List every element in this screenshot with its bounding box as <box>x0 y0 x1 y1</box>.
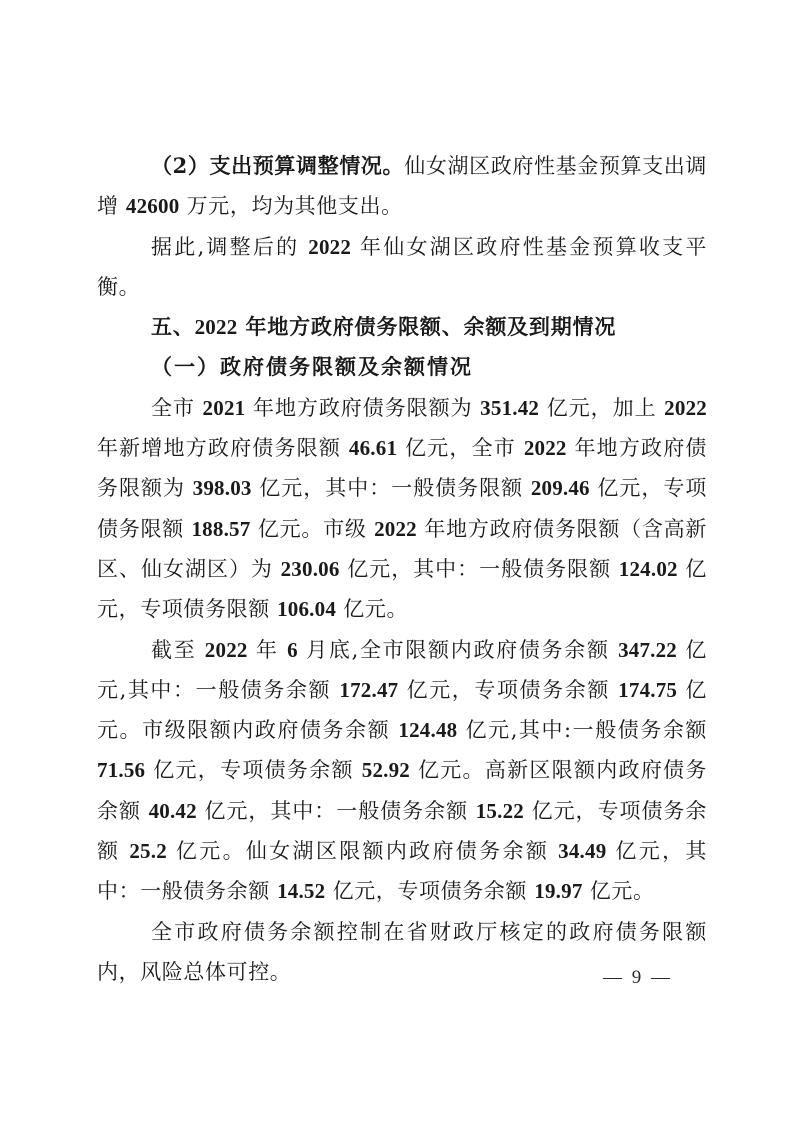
text-segment: 亿元，专项债务余额 <box>398 678 618 702</box>
numeric-value: 2021 <box>203 396 246 420</box>
text-segment: 全市 <box>151 396 203 420</box>
numeric-value: 2022 <box>308 235 351 259</box>
text-segment: 五、 <box>151 315 195 339</box>
text-segment: 亿元。 <box>336 597 408 621</box>
numeric-value: 124.48 <box>398 718 457 742</box>
numeric-value: 398.03 <box>193 476 252 500</box>
text-segment: 月底,全市限额内政府债务余额 <box>298 638 618 662</box>
numeric-value: 188.57 <box>191 517 250 541</box>
numeric-value: 347.22 <box>618 638 677 662</box>
numeric-value: 2022 <box>524 436 567 460</box>
text-segment: 亿元，专项债务余额 <box>145 758 362 782</box>
text-segment: 亿元。仙女湖区限额内政府债务余额 <box>167 839 558 863</box>
text-segment: 亿元，全市 <box>397 436 524 460</box>
page-footer: — 9 — <box>0 967 793 997</box>
text-segment: 亿元。 <box>583 879 655 903</box>
text-segment: 万元，均为其他支出。 <box>179 194 402 218</box>
numeric-value: 2022 <box>374 517 417 541</box>
numeric-value: 71.56 <box>97 758 145 782</box>
text-segment: 亿元，专项债务余额 <box>325 879 534 903</box>
numeric-value: 19.97 <box>534 879 582 903</box>
numeric-value: 209.46 <box>531 476 590 500</box>
numeric-value: 14.52 <box>277 879 325 903</box>
text-segment: 截至 <box>151 638 205 662</box>
numeric-value: 2022 <box>664 396 707 420</box>
text-segment: 年地方政府债务限额、余额及到期情况 <box>237 315 616 339</box>
numeric-value: 42600 <box>126 194 180 218</box>
numeric-value: 34.49 <box>558 839 606 863</box>
numeric-value: 46.61 <box>349 436 397 460</box>
text-segment: （2）支出预算调整情况。 <box>151 153 404 178</box>
text-segment: 据此,调整后的 <box>151 235 308 259</box>
text-segment: 亿元，其中：一般债务限额 <box>340 557 619 581</box>
numeric-value: 124.02 <box>619 557 678 581</box>
numeric-value: 2022 <box>195 315 238 339</box>
text-segment: 年 <box>248 638 287 662</box>
numeric-value: 40.42 <box>149 799 197 823</box>
numeric-value: 106.04 <box>277 597 336 621</box>
text-segment: 亿元。市级 <box>250 517 374 541</box>
text-segment: 年新增地方政府债务限额 <box>97 436 349 460</box>
numeric-value: 174.75 <box>618 678 677 702</box>
numeric-value: 2022 <box>205 638 248 662</box>
section-heading: 五、2022 年地方政府债务限额、余额及到期情况 <box>97 307 707 347</box>
numeric-value: 351.42 <box>480 396 539 420</box>
subsection-heading: （一）政府债务限额及余额情况 <box>97 347 707 387</box>
body-paragraph: 据此,调整后的 2022 年仙女湖区政府性基金预算收支平衡。 <box>97 227 707 308</box>
text-segment: （一）政府债务限额及余额情况 <box>151 354 473 379</box>
numeric-value: 15.22 <box>476 799 524 823</box>
text-segment: 亿元,其中:一般债务余额 <box>457 718 707 742</box>
page-number: — 9 — <box>603 967 673 989</box>
numeric-value: 172.47 <box>339 678 398 702</box>
text-segment: 亿元，加上 <box>539 396 664 420</box>
text-segment: 亿元，其中：一般债务限额 <box>252 476 531 500</box>
numeric-value: 6 <box>287 638 298 662</box>
text-segment: 亿元，其中：一般债务余额 <box>197 799 476 823</box>
document-body: （2）支出预算调整情况。仙女湖区政府性基金预算支出调增 42600 万元，均为其… <box>97 146 707 992</box>
body-paragraph: 截至 2022 年 6 月底,全市限额内政府债务余额 347.22 亿元,其中：… <box>97 630 707 912</box>
numeric-value: 230.06 <box>281 557 340 581</box>
numeric-value: 52.92 <box>362 758 410 782</box>
body-paragraph: 全市 2021 年地方政府债务限额为 351.42 亿元，加上 2022 年新增… <box>97 388 707 630</box>
numeric-value: 25.2 <box>129 839 167 863</box>
document-page: （2）支出预算调整情况。仙女湖区政府性基金预算支出调增 42600 万元，均为其… <box>0 0 793 1122</box>
body-paragraph: （2）支出预算调整情况。仙女湖区政府性基金预算支出调增 42600 万元，均为其… <box>97 146 707 227</box>
text-segment: 年地方政府债务限额为 <box>245 396 480 420</box>
